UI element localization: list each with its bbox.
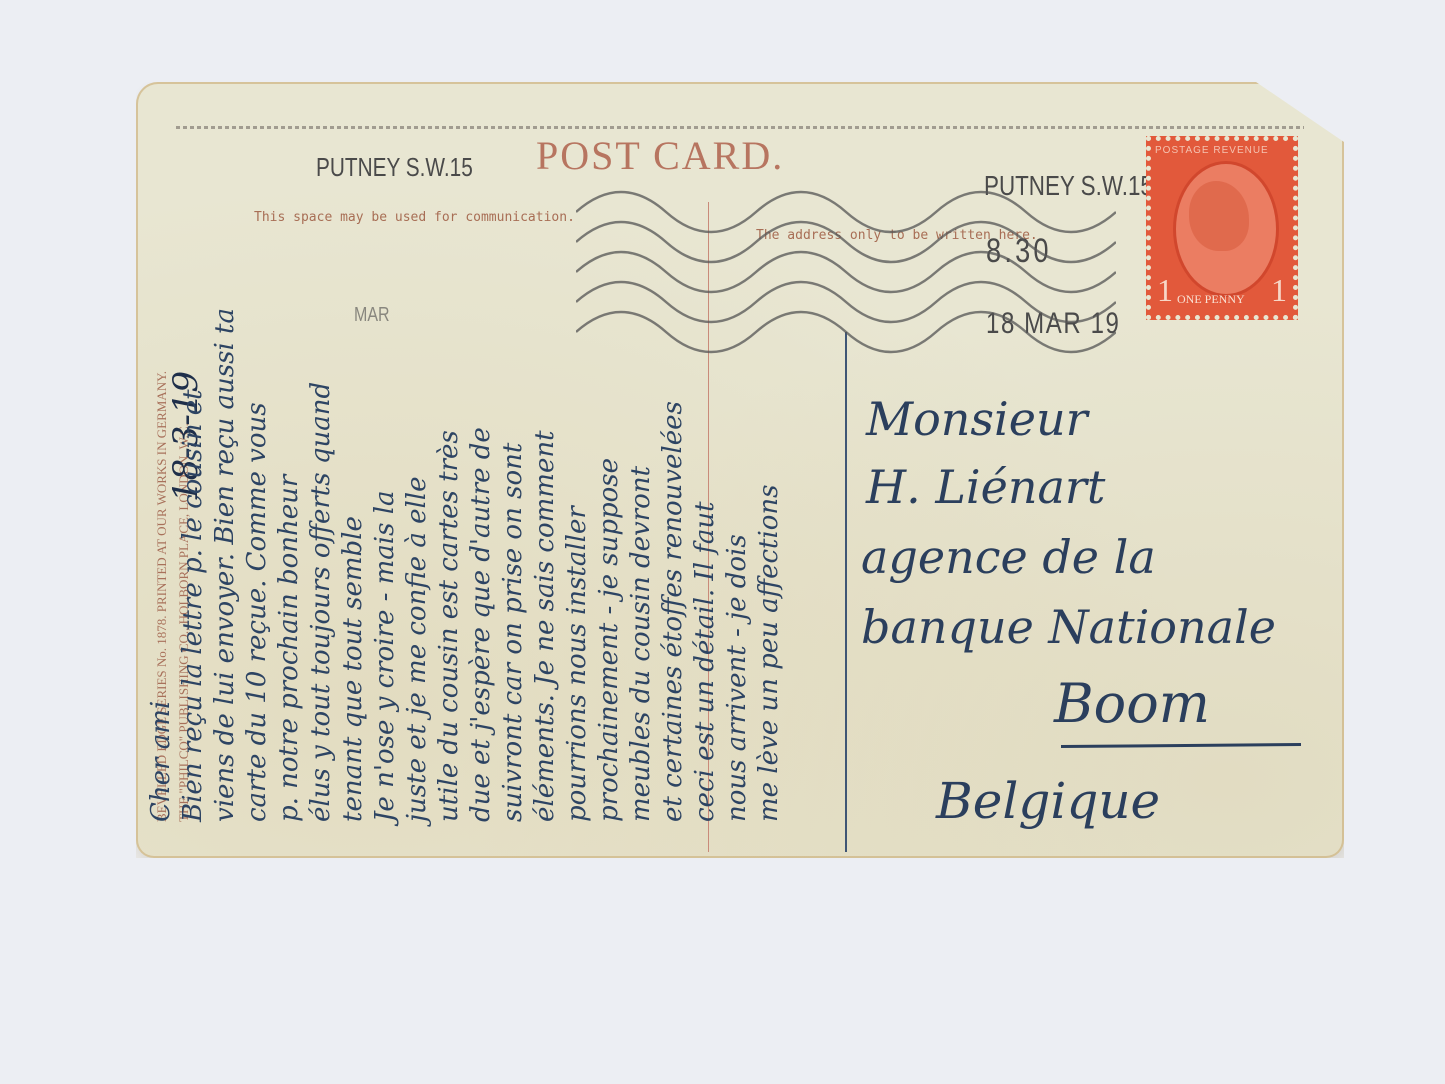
message-line: p. notre prochain bonheur [274, 475, 304, 822]
decorative-border [176, 126, 1304, 129]
stamp-numeral-right: 1 [1271, 272, 1287, 309]
address-line-4: banque Nationale [861, 600, 1276, 654]
message-line: nous arrivent - je dois [722, 534, 752, 822]
message-line: pourrions nous installer [562, 506, 592, 822]
postmark-place: PUTNEY S.W.15 [984, 170, 1153, 202]
stamp-numeral-left: 1 [1157, 272, 1173, 309]
postmark-left: PUTNEY S.W.15 [316, 152, 473, 183]
message-line: et certaines étoffes renouvelées [658, 401, 688, 822]
address-line-3: agence de la [861, 530, 1156, 584]
postcard: POST CARD. This space may be used for co… [136, 82, 1344, 858]
postmark-time: 8.30 [986, 232, 1052, 271]
message-line: ceci est un détail. Il faut [690, 501, 720, 822]
stamp-value: ONE PENNY [1177, 292, 1245, 307]
message-line: éléments. Je ne sais comment [530, 430, 560, 822]
postmark-faint: MAR [354, 304, 390, 327]
address-country: Belgique [936, 772, 1160, 830]
message-line: carte du 10 reçue. Comme vous [242, 402, 272, 822]
message-line: élus y tout toujours offerts quand [306, 382, 336, 822]
message-line: viens de lui envoyer. Bien reçu aussi ta [210, 308, 240, 822]
message-line: suivront car on prise on sont [498, 443, 528, 822]
postmark-date: 18 MAR 19 [986, 307, 1120, 341]
message-line: juste et je me confie à elle [402, 477, 432, 823]
communication-label: This space may be used for communication… [254, 210, 575, 225]
message-line: meubles du cousin devront [626, 466, 656, 822]
message-line: due et j'espère que d'autre de [466, 427, 496, 822]
message-line: Cher ami [146, 701, 176, 822]
postage-stamp: POSTAGE REVENUE 1 ONE PENNY 1 [1146, 136, 1298, 320]
message-line: utile du cousin est cartes très [434, 430, 464, 822]
message-line: prochainement - je suppose [594, 458, 624, 822]
postcard-title: POST CARD. [536, 132, 784, 179]
ink-divider [845, 332, 847, 852]
message-line: Je n'ose y croire - mais la [370, 490, 400, 822]
message-line: me lève un peu affections [754, 484, 784, 822]
address-city: Boom [1054, 672, 1210, 735]
message-line: Bien reçu la lettre p. le cousin et [178, 389, 208, 822]
address-line-1: Monsieur [866, 392, 1088, 446]
city-underline [1061, 743, 1301, 748]
address-line-2: H. Liénart [866, 460, 1105, 514]
stamp-top-text: POSTAGE REVENUE [1155, 145, 1269, 156]
message-line: tenant que tout semble [338, 516, 368, 822]
